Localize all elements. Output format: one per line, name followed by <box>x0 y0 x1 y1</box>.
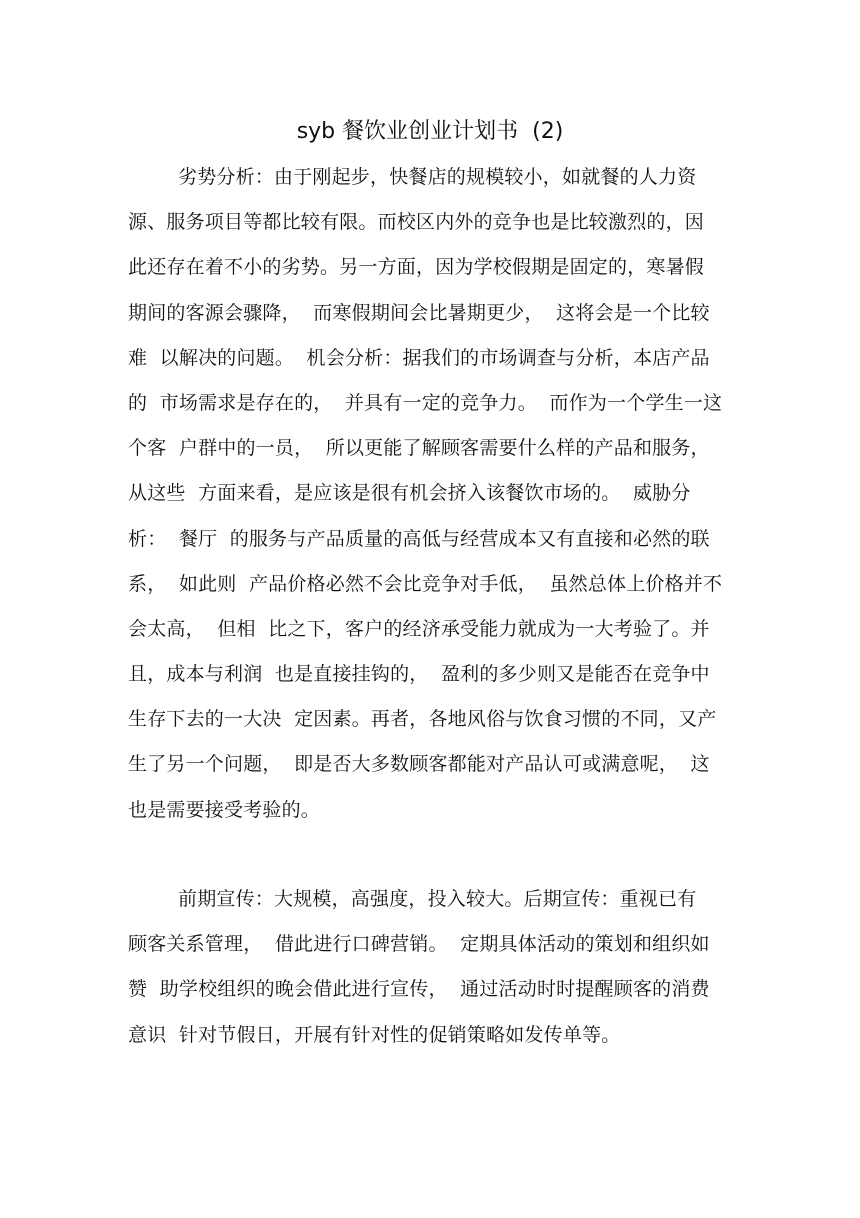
text-line: 系， 如此则 产品价格必然不会比竞争对手低， 虽然总体上价格并不 <box>128 562 738 607</box>
text-line: 生了另一个问题， 即是否大多数顾客都能对产品认可或满意呢， 这 <box>128 742 738 787</box>
text-line: 且，成本与利润 也是直接挂钩的， 盈利的多少则又是能否在竞争中 <box>128 652 738 697</box>
text-line: 劣势分析：由于刚起步，快餐店的规模较小，如就餐的人力资 <box>128 155 738 200</box>
text-line: 源、服务项目等都比较有限。而校区内外的竞争也是比较激烈的，因 <box>128 200 738 245</box>
text-line: 前期宣传：大规模，高强度，投入较大。后期宣传：重视已有 <box>128 877 738 922</box>
paragraph-promotion: 前期宣传：大规模，高强度，投入较大。后期宣传：重视已有 顾客关系管理， 借此进行… <box>128 877 738 1058</box>
text-line: 会太高， 但相 比之下，客户的经济承受能力就成为一大考验了。并 <box>128 607 738 652</box>
text-line: 意识 针对节假日，开展有针对性的促销策略如发传单等。 <box>128 1013 738 1058</box>
text-line: 期间的客源会骤降， 而寒假期间会比暑期更少， 这将会是一个比较 <box>128 291 738 336</box>
text-line: 个客 户群中的一员， 所以更能了解顾客需要什么样的产品和服务， <box>128 426 738 471</box>
text-line: 从这些 方面来看，是应该是很有机会挤入该餐饮市场的。 威胁分 <box>128 471 738 516</box>
document-title: syb 餐饮业创业计划书 (2) <box>0 117 860 147</box>
text-line: 析： 餐厅 的服务与产品质量的高低与经营成本又有直接和必然的联 <box>128 517 738 562</box>
text-line: 也是需要接受考验的。 <box>128 788 738 833</box>
text-line: 顾客关系管理， 借此进行口碑营销。 定期具体活动的策划和组织如 <box>128 922 738 967</box>
text-line: 赞 助学校组织的晚会借此进行宣传， 通过活动时时提醒顾客的消费 <box>128 967 738 1012</box>
paragraph-swot-analysis: 劣势分析：由于刚起步，快餐店的规模较小，如就餐的人力资 源、服务项目等都比较有限… <box>128 155 738 833</box>
text-line: 难 以解决的问题。 机会分析：据我们的市场调查与分析，本店产品 <box>128 336 738 381</box>
text-line: 此还存在着不小的劣势。另一方面，因为学校假期是固定的，寒暑假 <box>128 245 738 290</box>
text-line: 的 市场需求是存在的， 并具有一定的竞争力。 而作为一个学生一这 <box>128 381 738 426</box>
text-line: 生存下去的一大决 定因素。再者，各地风俗与饮食习惯的不同，又产 <box>128 697 738 742</box>
